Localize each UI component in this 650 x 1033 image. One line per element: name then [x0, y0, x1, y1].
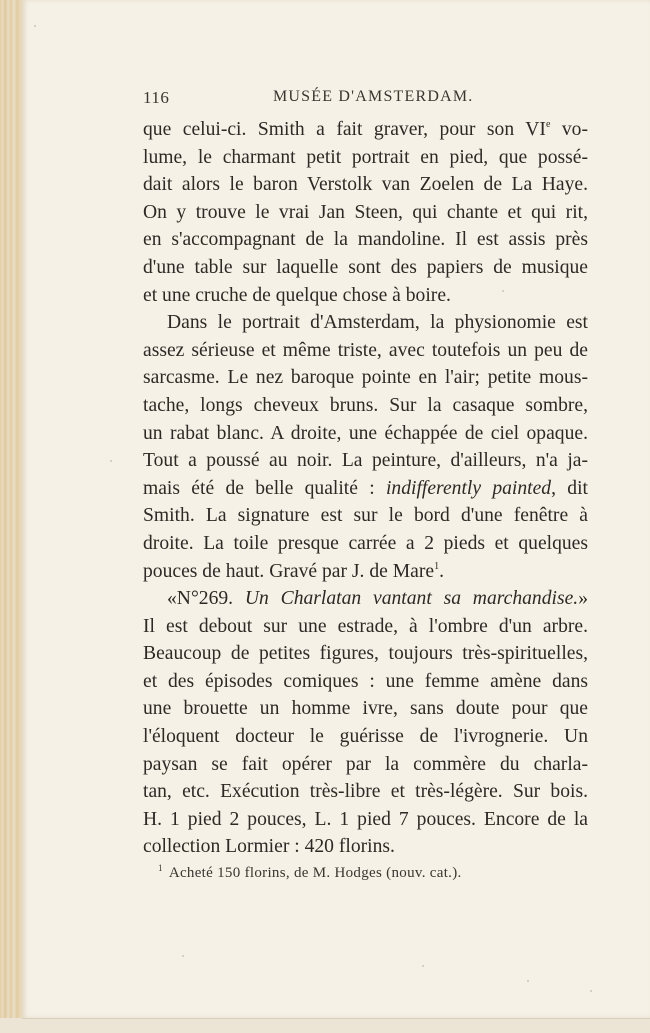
page-edge-bottom: [0, 1018, 650, 1033]
running-head: MUSÉE D'AMSTERDAM.: [273, 88, 474, 106]
text-line: une brouette un homme ivre, sans doute p…: [143, 695, 588, 723]
text-line: lume, le charmant petit portrait en pied…: [143, 144, 588, 172]
text-line: «N°269. Un Charlatan vantant sa marchand…: [143, 585, 588, 613]
page-number: 116: [143, 88, 169, 108]
text-line: Dans le portrait d'Amsterdam, la physion…: [143, 309, 588, 337]
text-line: collection Lormier : 420 florins.: [143, 833, 588, 861]
text-line: droite. La toile presque carrée a 2 pied…: [143, 530, 588, 558]
text-line: d'une table sur laquelle sont des papier…: [143, 254, 588, 282]
text-line: Tout a poussé au noir. La peinture, d'ai…: [143, 447, 588, 475]
body-text: que celui-ci. Smith a fait graver, pour …: [143, 116, 588, 861]
text-line: en s'accompagnant de la mandoline. Il es…: [143, 226, 588, 254]
footnote: 1Acheté 150 florins, de M. Hodges (nouv.…: [158, 865, 462, 882]
text-line: un rabat blanc. A droite, une échappée d…: [143, 420, 588, 448]
text-line: dait alors le baron Verstolk van Zoelen …: [143, 171, 588, 199]
text-line: Smith. La signature est sur le bord d'un…: [143, 502, 588, 530]
book-binding-edge: [0, 0, 24, 1033]
text-line: mais été de belle qualité : indifferentl…: [143, 475, 588, 503]
footnote-text: Acheté 150 florins, de M. Hodges (nouv. …: [169, 865, 462, 881]
text-line: Beaucoup de petites figures, toujours tr…: [143, 640, 588, 668]
text-line: que celui-ci. Smith a fait graver, pour …: [143, 116, 588, 144]
text-line: et une cruche de quelque chose à boire.: [143, 282, 588, 310]
text-line: Il est debout sur une estrade, à l'ombre…: [143, 613, 588, 641]
text-line: l'éloquent docteur le guérisse de l'ivro…: [143, 723, 588, 751]
text-line: et des épisodes comiques : une femme amè…: [143, 668, 588, 696]
italic-quote: indifferently painted: [386, 478, 551, 499]
footnote-marker: 1: [158, 863, 163, 873]
text-line: sarcasme. Le nez baroque pointe en l'air…: [143, 364, 588, 392]
text-line: tache, longs cheveux bruns. Sur la casaq…: [143, 392, 588, 420]
text-line: assez sérieuse et même triste, avec tout…: [143, 337, 588, 365]
text-line: pouces de haut. Gravé par J. de Mare1.: [143, 558, 588, 586]
text-line: On y trouve le vrai Jan Steen, qui chant…: [143, 199, 588, 227]
text-line: paysan se fait opérer par la commère du …: [143, 751, 588, 779]
text-line: tan, etc. Exécution très-libre et très-l…: [143, 778, 588, 806]
page-header: 116 MUSÉE D'AMSTERDAM.: [143, 88, 583, 112]
text-line: H. 1 pied 2 pouces, L. 1 pied 7 pouces. …: [143, 806, 588, 834]
painting-title: Un Charlatan vantant sa marchandise.: [245, 588, 578, 609]
